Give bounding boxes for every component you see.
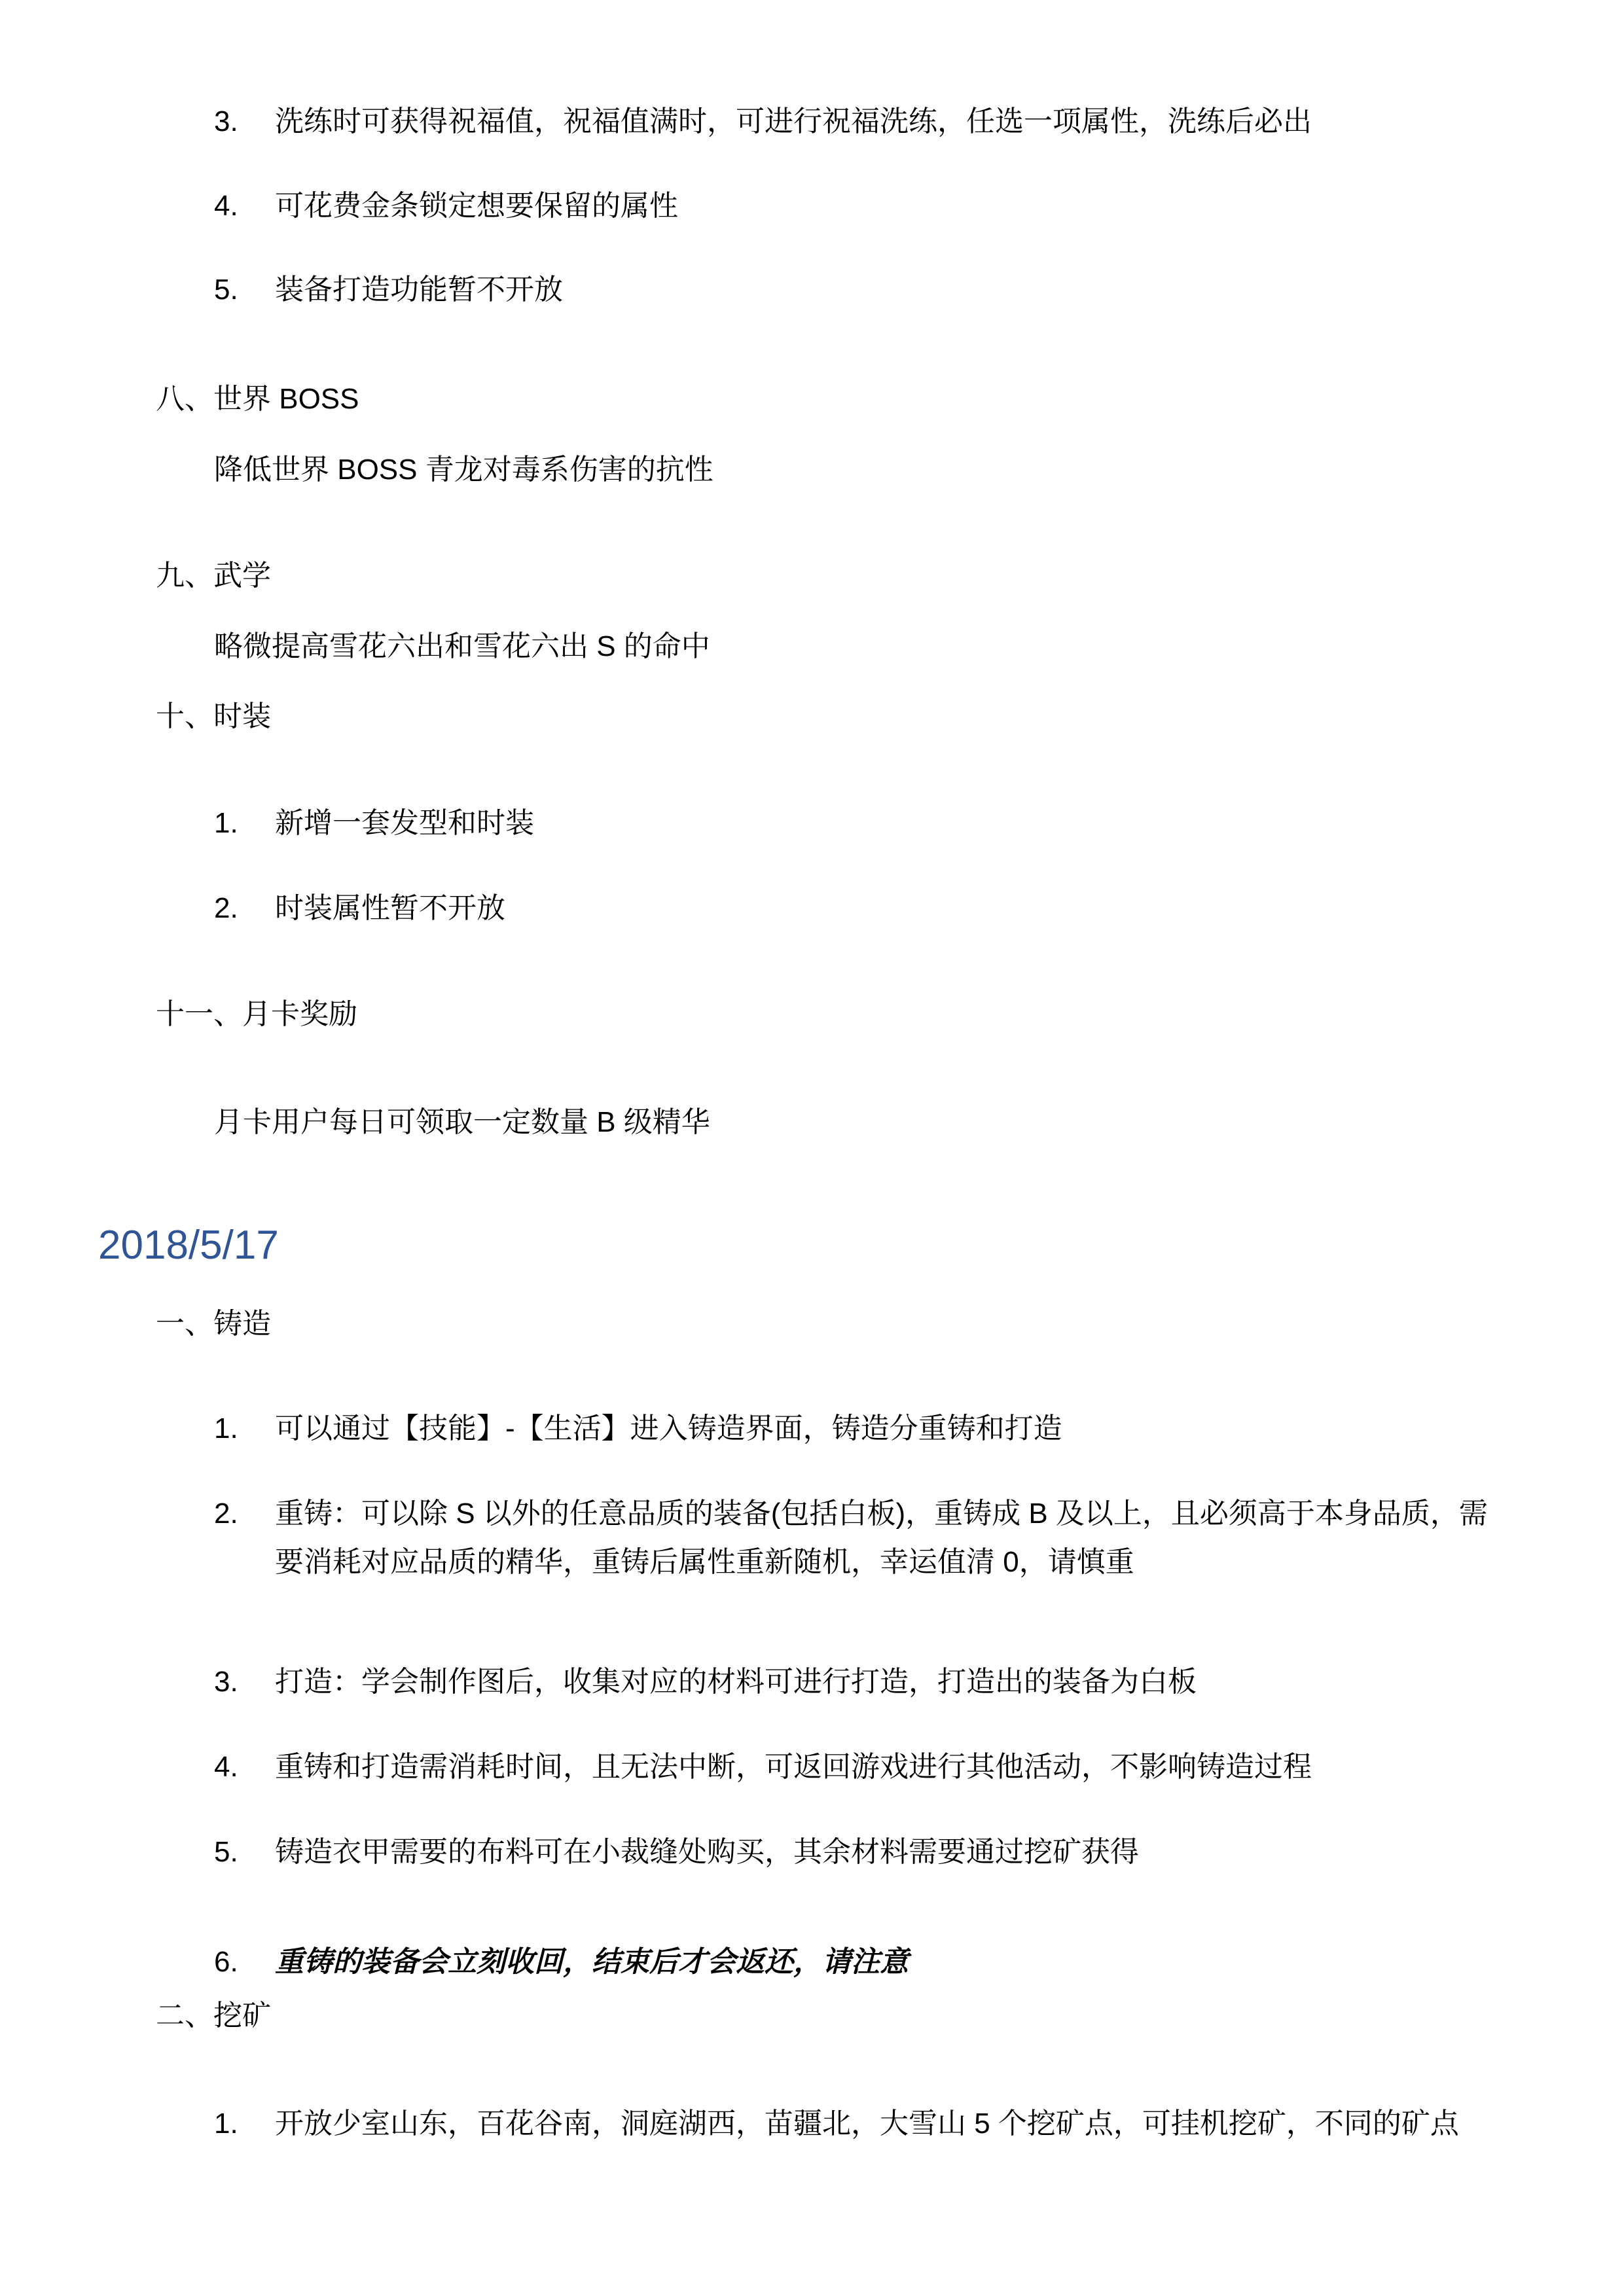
- list-text: 装备打造功能暂不开放: [275, 272, 563, 308]
- list-number: 4.: [214, 188, 238, 224]
- list-number: 5.: [214, 1834, 238, 1871]
- list-text: 重铸：可以除 S 以外的任意品质的装备(包括白板)，重铸成 B 及以上，且必须高…: [275, 1496, 1488, 1532]
- list-text: 可以通过【技能】-【生活】进入铸造界面，铸造分重铸和打造: [275, 1410, 1062, 1447]
- list-number: 6.: [214, 1944, 238, 1981]
- list-number: 4.: [214, 1749, 238, 1785]
- section-heading-martial-arts: 九、武学: [156, 558, 271, 594]
- section-body-world-boss: 降低世界 BOSS 青龙对毒系伤害的抗性: [214, 452, 713, 488]
- list-text: 时装属性暂不开放: [275, 890, 505, 927]
- section-body-monthly-card: 月卡用户每日可领取一定数量 B 级精华: [214, 1104, 710, 1141]
- list-number: 2.: [214, 1496, 238, 1532]
- list-number: 3.: [214, 103, 238, 140]
- list-text: 重铸和打造需消耗时间，且无法中断，可返回游戏进行其他活动，不影响铸造过程: [275, 1749, 1312, 1785]
- section-heading-world-boss: 八、世界 BOSS: [156, 381, 359, 418]
- section-heading-monthly-card: 十一、月卡奖励: [156, 996, 357, 1033]
- list-number: 5.: [214, 272, 238, 308]
- section-heading-fashion: 十、时装: [156, 698, 271, 735]
- list-number: 1.: [214, 1410, 238, 1447]
- list-number: 3.: [214, 1664, 238, 1700]
- section-heading-forging: 一、铸造: [156, 1306, 271, 1342]
- section-body-martial-arts: 略微提高雪花六出和雪花六出 S 的命中: [214, 628, 710, 665]
- section-heading-mining: 二、挖矿: [156, 1998, 271, 2034]
- warning-text: 重铸的装备会立刻收回，结束后才会返还，请注意: [275, 1944, 909, 1981]
- date-heading: 2018/5/17: [98, 1219, 279, 1272]
- list-text: 洗练时可获得祝福值，祝福值满时，可进行祝福洗练，任选一项属性，洗练后必出: [275, 103, 1312, 140]
- list-text: 开放少室山东，百花谷南，洞庭湖西，苗疆北，大雪山 5 个挖矿点，可挂机挖矿，不同…: [275, 2106, 1459, 2142]
- list-number: 1.: [214, 805, 238, 842]
- list-text: 打造：学会制作图后，收集对应的材料可进行打造，打造出的装备为白板: [275, 1664, 1197, 1700]
- list-text: 要消耗对应品质的精华，重铸后属性重新随机，幸运值清 0，请慎重: [275, 1544, 1134, 1581]
- list-text: 新增一套发型和时装: [275, 805, 534, 842]
- list-number: 1.: [214, 2106, 238, 2142]
- list-text: 铸造衣甲需要的布料可在小裁缝处购买，其余材料需要通过挖矿获得: [275, 1834, 1139, 1871]
- list-number: 2.: [214, 890, 238, 927]
- list-text: 可花费金条锁定想要保留的属性: [275, 188, 678, 224]
